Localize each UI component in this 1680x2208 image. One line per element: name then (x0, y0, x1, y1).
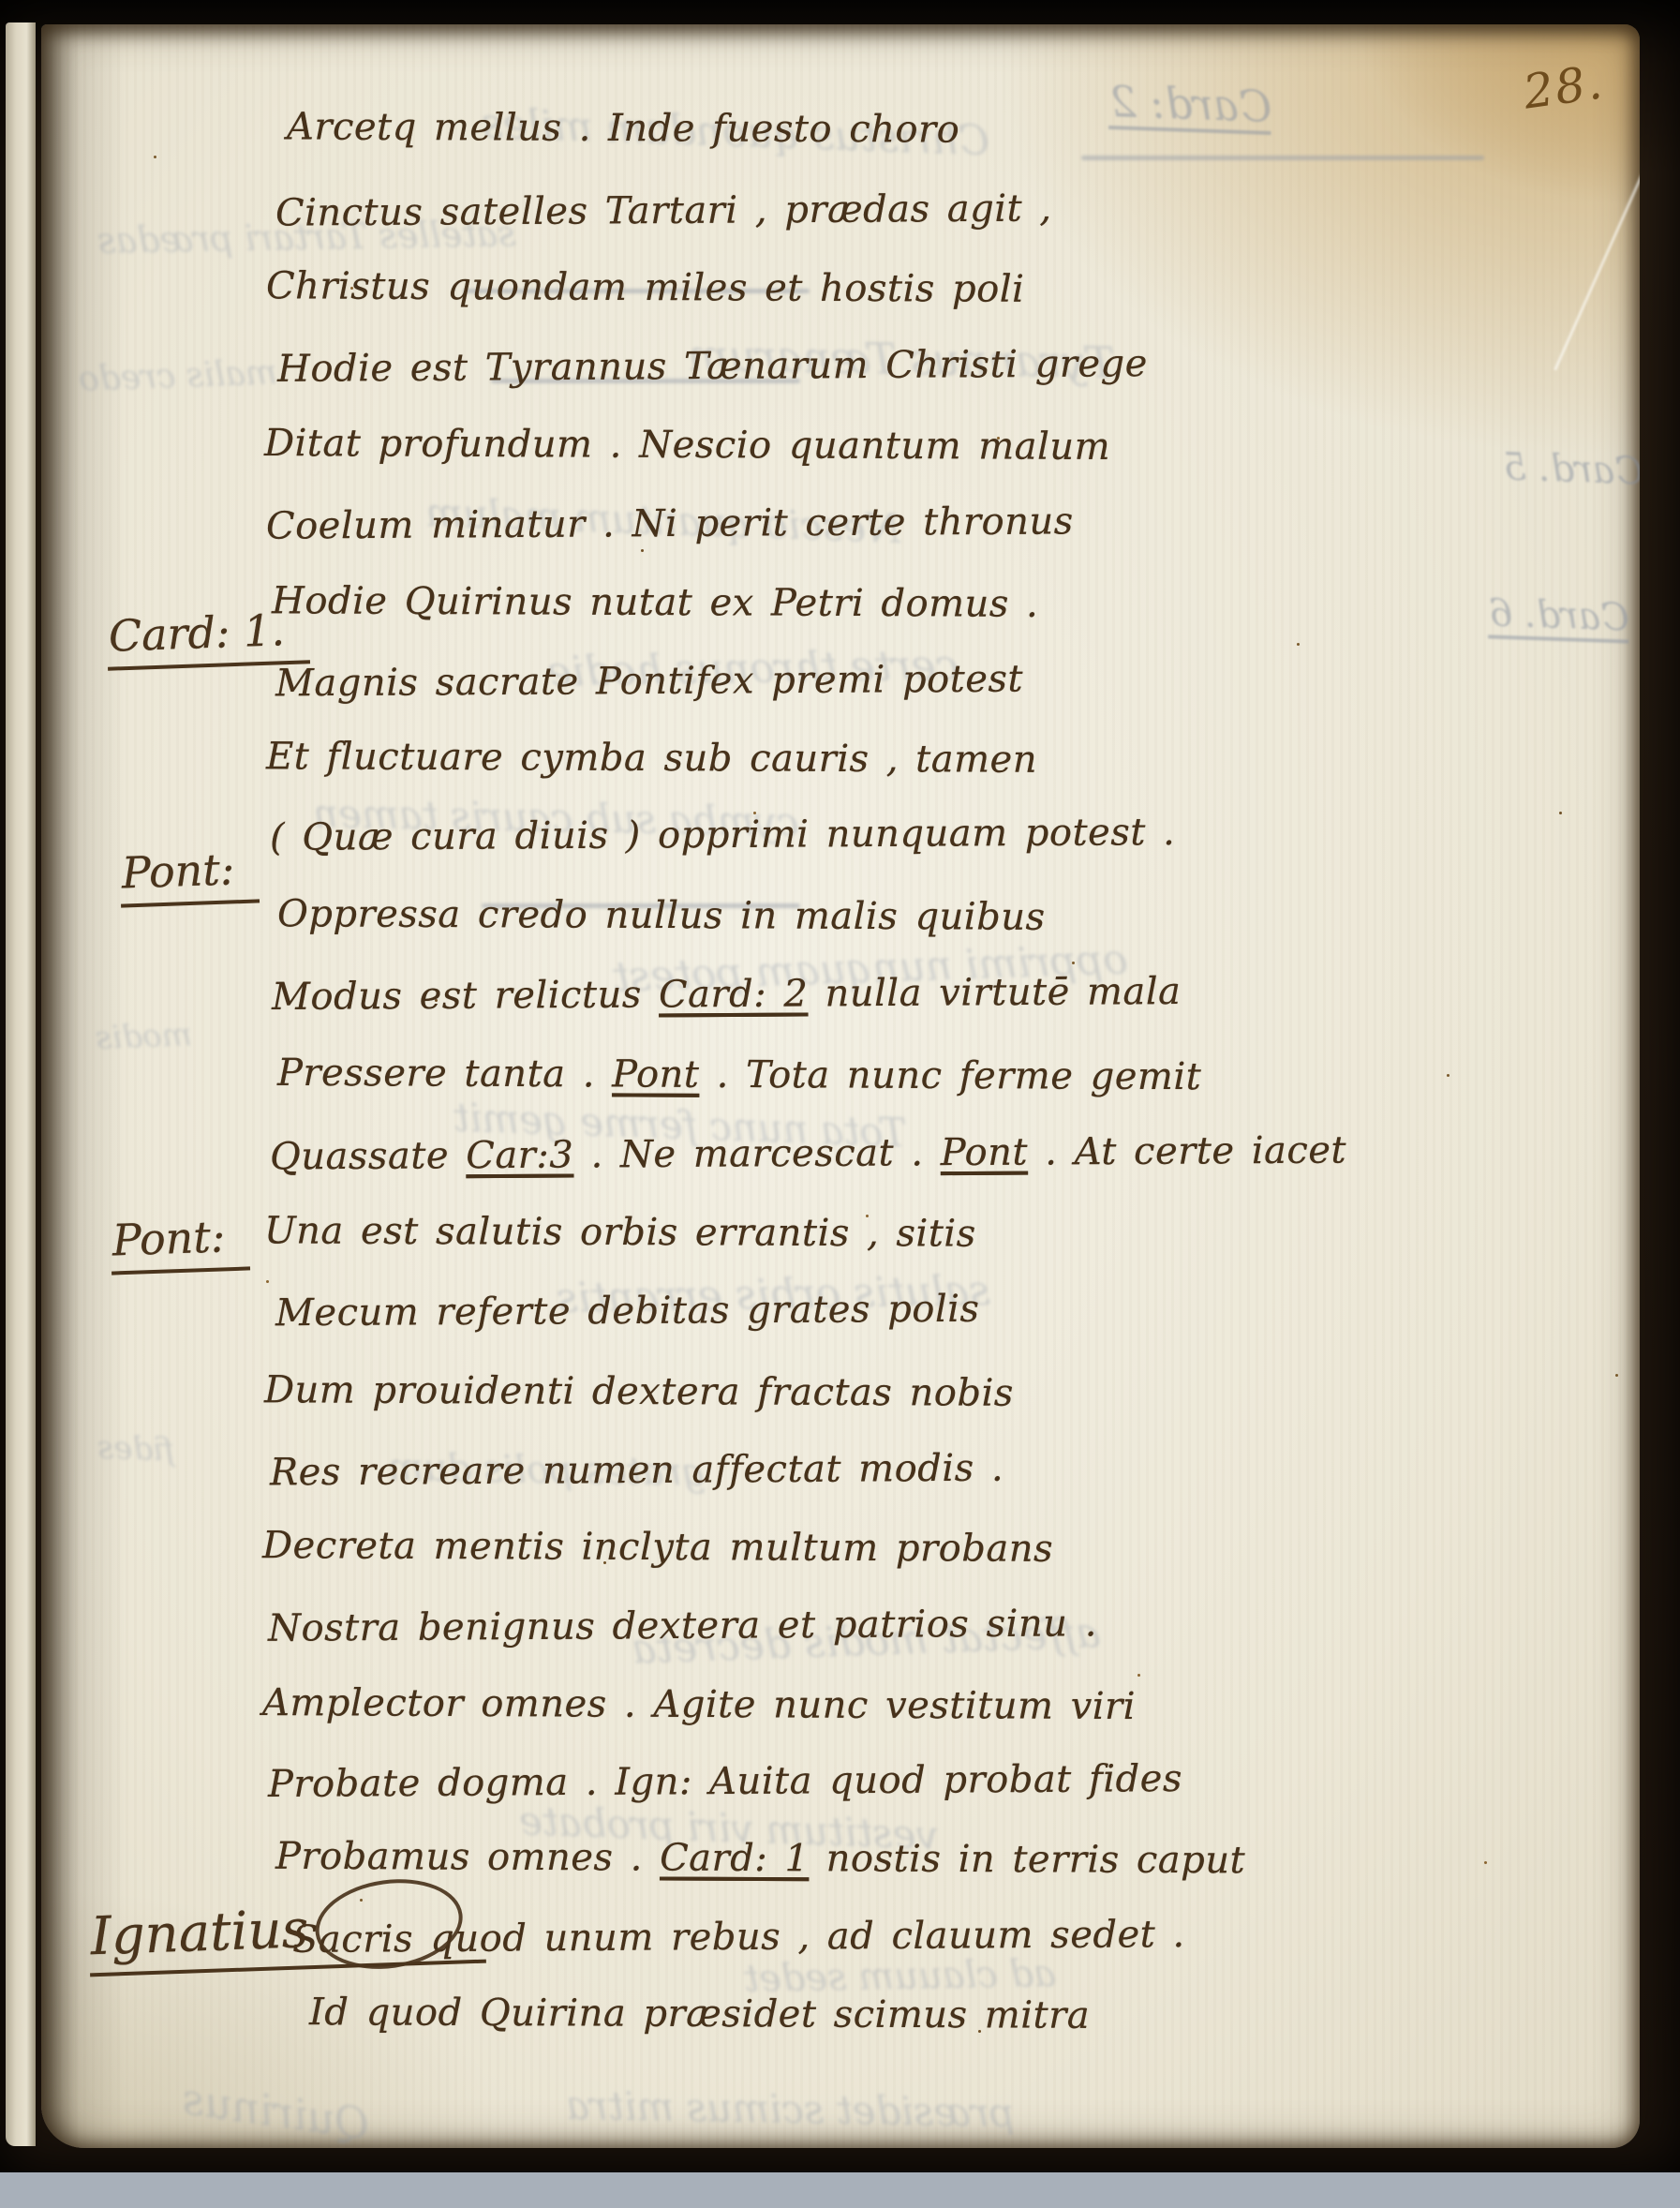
manuscript-line: Dum prouidenti dextera fractas nobis (264, 1368, 1014, 1414)
bleedthrough-ghost-line: præsidet scimus mitra (566, 2082, 1016, 2136)
bleedthrough-ghost-line: fides (97, 1429, 174, 1470)
line-segment: Card: 2 (659, 972, 809, 1016)
manuscript-line: Res recreare numen affectat modis . (270, 1447, 1004, 1495)
line-segment: Coelum minatur . Ni perit certe thronus (266, 500, 1074, 547)
manuscript-line: Arcetq mellus . Inde fuesto choro (287, 105, 959, 151)
manuscript-line: Una est salutis orbis errantis , sitis (264, 1209, 976, 1255)
manuscript-line: Probate dogma . Ign: Auita quod probat f… (268, 1757, 1182, 1806)
line-segment: Christus quondam miles et hostis poli (266, 264, 1025, 311)
line-segment: Modus est relictus (272, 973, 659, 1019)
line-segment: ( Quæ cura diuis ) opprimi nunquam potes… (270, 811, 1176, 859)
manuscript-line: Amplector omnes . Agite nunc vestitum vi… (262, 1681, 1136, 1728)
line-segment: Mecum referte debitas grates polis (275, 1288, 980, 1335)
line-segment: Id quod Quirina præsidet scimus mitra (309, 1991, 1090, 2037)
line-segment: Pressere tanta . (277, 1052, 612, 1097)
margin-note-label: Pont: (121, 843, 235, 898)
line-segment: Una est salutis orbis errantis , sitis (264, 1209, 976, 1255)
line-segment: nostis in terris caput (809, 1837, 1245, 1882)
line-segment: Cinctus satelles Tartari , prædas agit , (275, 186, 1052, 234)
line-segment: Arcetq mellus . Inde fuesto choro (287, 105, 959, 151)
paper-crease (1554, 147, 1640, 371)
margin-note-label: Ignatius (90, 1899, 310, 1967)
line-segment: Pont (941, 1131, 1028, 1175)
margin-note: Card: 1. (106, 604, 310, 671)
manuscript-line: Decreta mentis inclyta multum probans (262, 1524, 1053, 1571)
manuscript-line: Magnis sacrate Pontifex premi potest (275, 658, 1023, 706)
line-segment: Amplector omnes . Agite nunc vestitum vi… (262, 1681, 1136, 1728)
line-segment: Dum prouidenti dextera fractas nobis (264, 1368, 1014, 1414)
manuscript-line: Et fluctuare cymba sub cauris , tamen (266, 735, 1037, 782)
manuscript-line: Christus quondam miles et hostis poli (266, 264, 1025, 311)
scanned-manuscript: 28. Christus quondam milessatelles Tarta… (0, 0, 1680, 2208)
bleedthrough-annotation: Card. 6 (1488, 591, 1630, 639)
bleedthrough-annotation: Card: 2 (1108, 76, 1272, 132)
manuscript-line: Pressere tanta . Pont . Tota nunc ferme … (277, 1052, 1201, 1098)
margin-note: Ignatius (86, 1853, 486, 1977)
line-segment: Hodie Quirinus nutat ex Petri domus . (272, 579, 1038, 626)
smudge-mark (1081, 156, 1484, 160)
paper-speckles (154, 156, 156, 158)
manuscript-line: Ditat profundum . Nescio quantum malum (264, 422, 1110, 469)
line-segment: Magnis sacrate Pontifex premi potest (275, 658, 1023, 706)
line-segment: . Tota nunc ferme gemit (699, 1053, 1201, 1098)
manuscript-line: Modus est relictus Card: 2 nulla virtutē… (272, 970, 1182, 1019)
manuscript-line: Quassate Car:3 . Ne marcescat . Pont . A… (270, 1128, 1346, 1178)
line-segment: Decreta mentis inclyta multum probans (262, 1524, 1053, 1571)
line-segment: Ditat profundum . Nescio quantum malum (264, 422, 1110, 469)
line-segment: Quassate (270, 1134, 467, 1178)
line-segment: Pont (612, 1052, 699, 1096)
manuscript-line: Nostra benignus dextera et patrios sinu … (268, 1602, 1097, 1649)
manuscript-page: 28. Christus quondam milessatelles Tarta… (41, 24, 1640, 2148)
line-segment: Et fluctuare cymba sub cauris , tamen (266, 735, 1037, 782)
bleedthrough-ghost-line: Quirinus (179, 2073, 373, 2148)
manuscript-line: Hodie est Tyrannus Tænarum Christi grege (277, 342, 1148, 391)
flourish-oval (309, 1871, 468, 1978)
manuscript-line: Id quod Quirina præsidet scimus mitra (309, 1991, 1090, 2037)
line-segment: nulla virtutē mala (808, 970, 1181, 1015)
line-segment: Hodie est Tyrannus Tænarum Christi grege (277, 342, 1148, 391)
line-segment: Oppressa credo nullus in malis quibus (277, 892, 1046, 939)
manuscript-line: Mecum referte debitas grates polis (275, 1288, 980, 1335)
line-segment: . Ne marcescat . (573, 1131, 941, 1176)
facing-page-edge (6, 22, 36, 2146)
line-segment: Res recreare numen affectat modis . (270, 1447, 1004, 1495)
line-segment: Card: 1 (660, 1837, 810, 1881)
margin-note: Pont: (110, 1210, 251, 1275)
line-segment: . At certe iacet (1028, 1128, 1346, 1173)
line-segment: Nostra benignus dextera et patrios sinu … (268, 1602, 1097, 1649)
bleedthrough-ghost-line: malis credo (78, 353, 277, 398)
manuscript-line: Coelum minatur . Ni perit certe thronus (266, 500, 1074, 547)
page-number: 28. (1520, 54, 1607, 119)
margin-note-label: Pont: (112, 1211, 226, 1265)
bleedthrough-annotation: Card. 5 (1502, 445, 1640, 493)
margin-note-label: Card: 1. (108, 604, 286, 662)
line-segment: Probate dogma . Ign: Auita quod probat f… (268, 1757, 1182, 1806)
manuscript-line: Hodie Quirinus nutat ex Petri domus . (272, 579, 1038, 626)
bleedthrough-ghost-line: modis (95, 1016, 192, 1057)
manuscript-line: Cinctus satelles Tartari , prædas agit , (275, 186, 1052, 234)
manuscript-line: Oppressa credo nullus in malis quibus (277, 892, 1046, 939)
margin-note: Pont: (119, 843, 260, 907)
manuscript-line: ( Quæ cura diuis ) opprimi nunquam potes… (270, 811, 1176, 859)
line-segment: Car:3 (466, 1134, 573, 1178)
